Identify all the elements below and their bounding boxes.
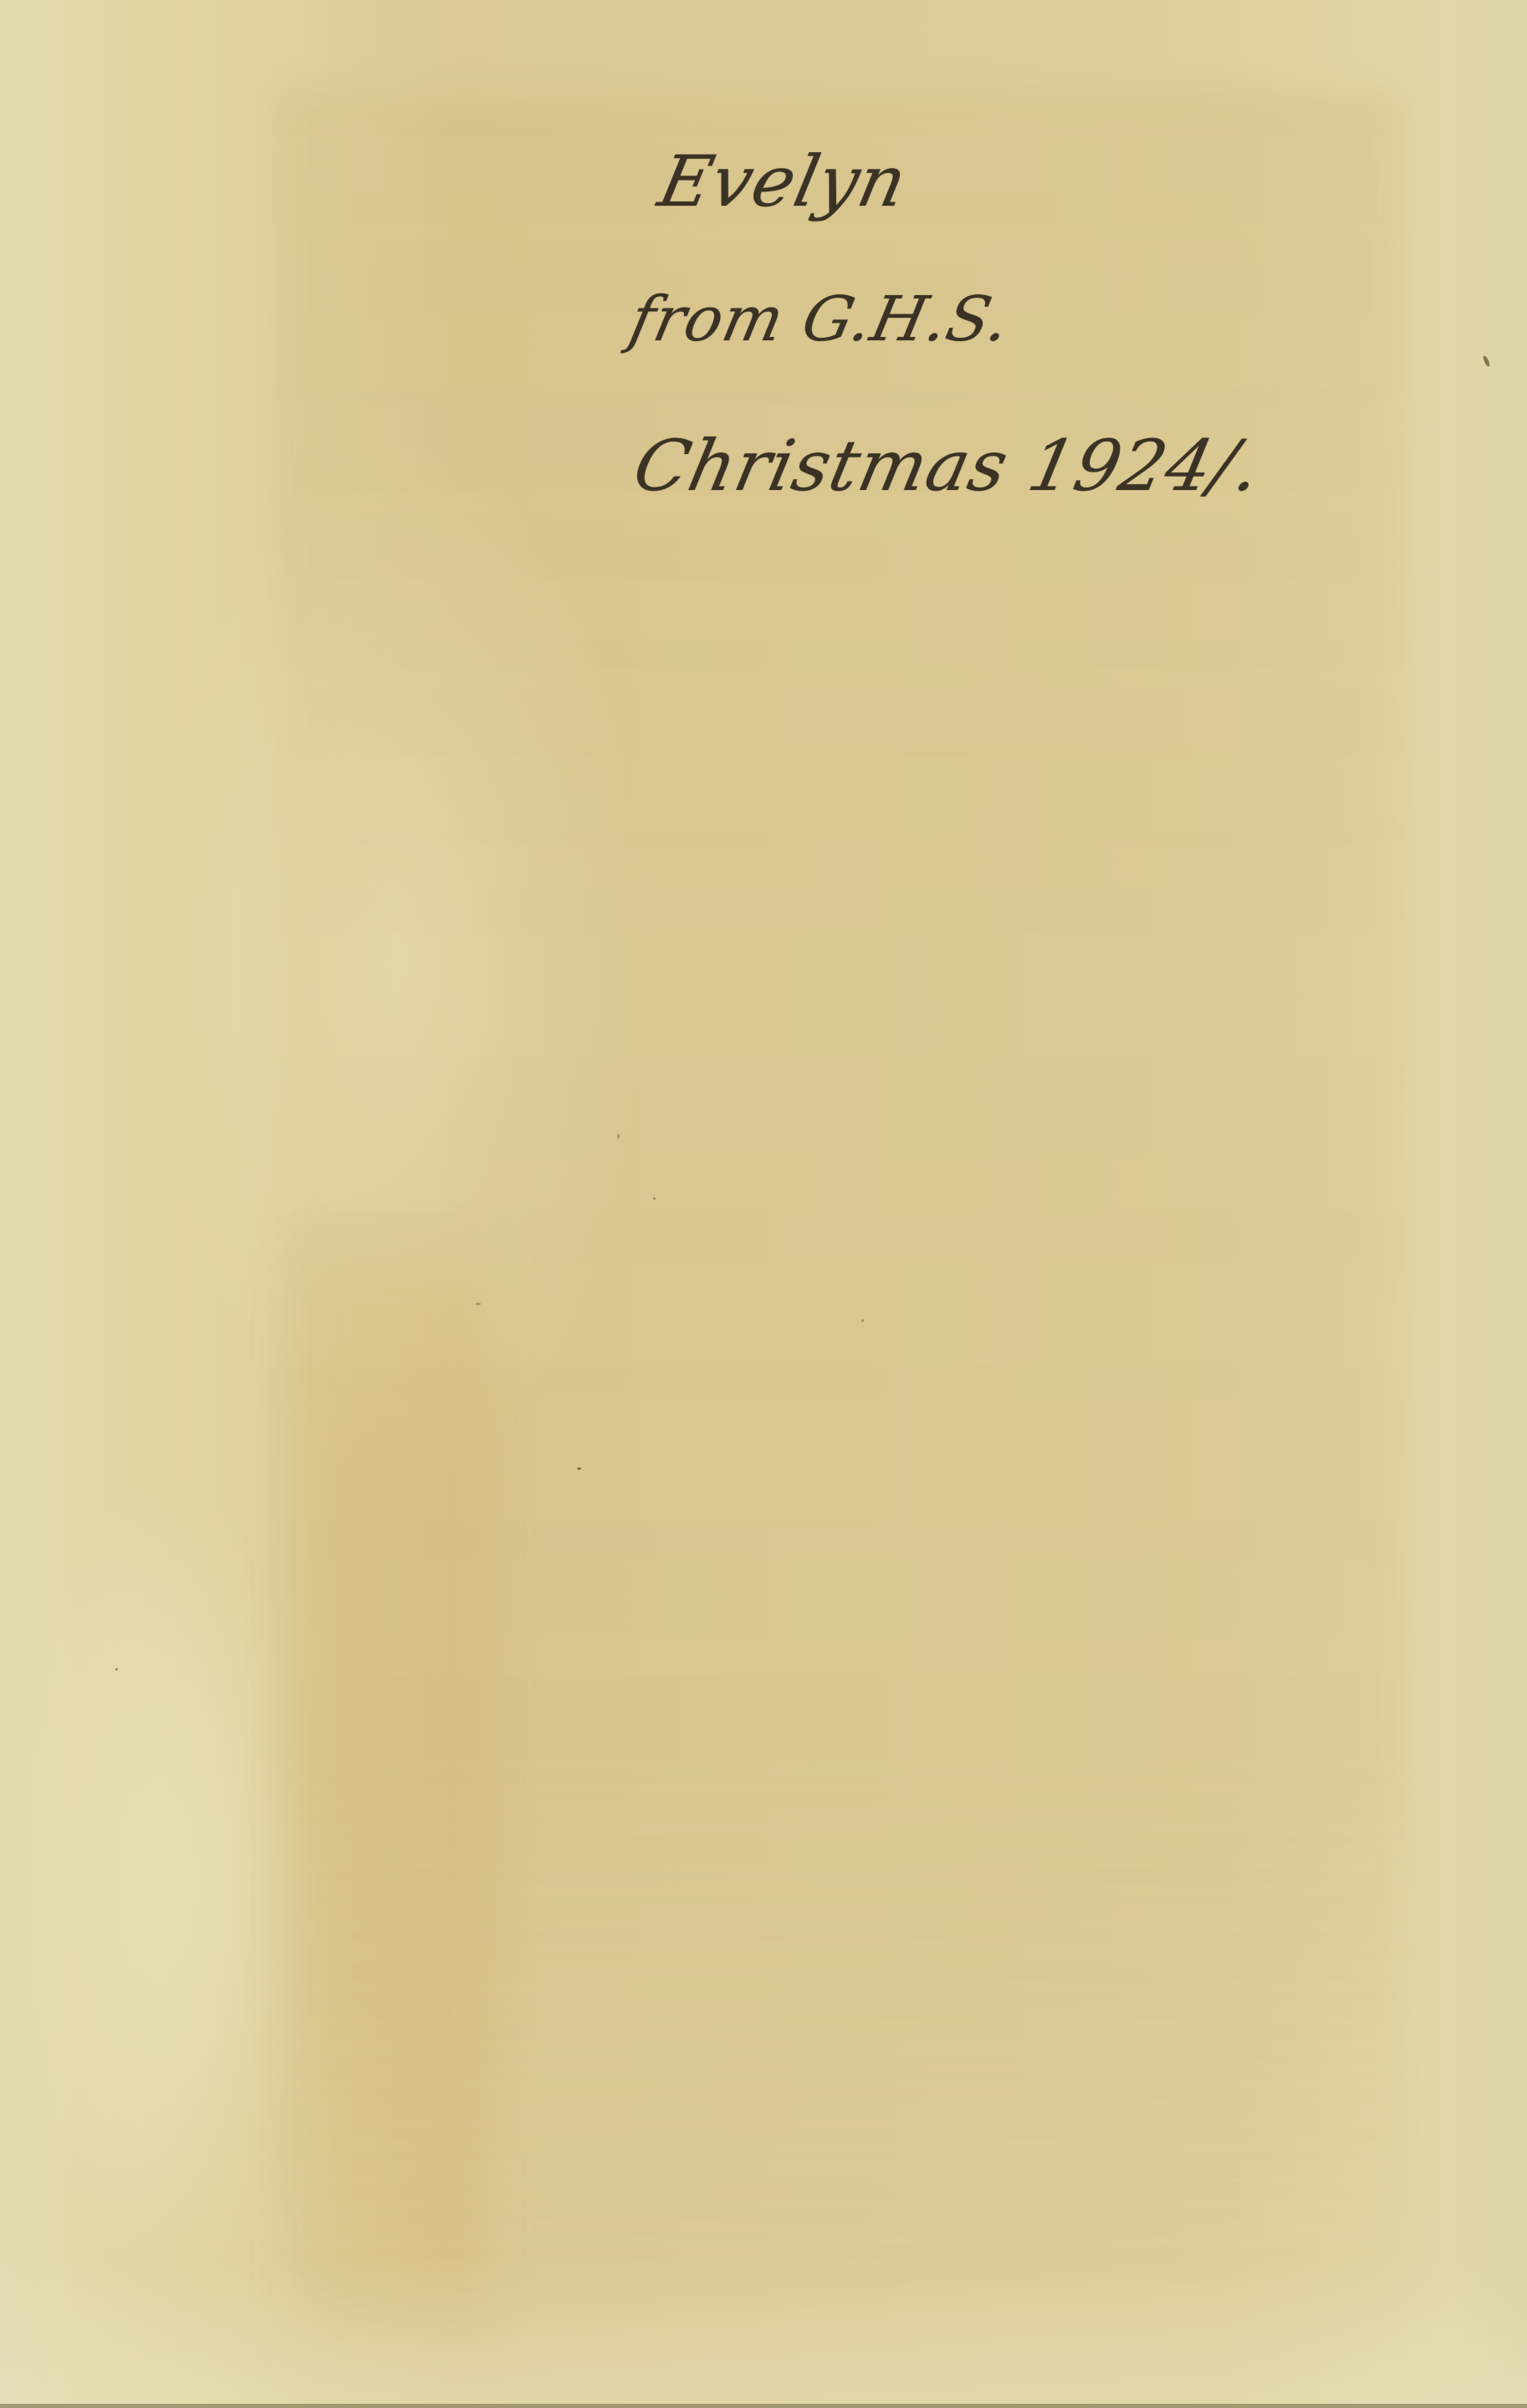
foxing-speck bbox=[115, 1668, 118, 1671]
foxing-speck bbox=[617, 1134, 620, 1139]
paper-light-bottom bbox=[0, 2257, 1527, 2408]
foxing-speck bbox=[476, 1303, 481, 1305]
endpaper-page: Evelyn from G.H.S. Christmas 1924/. bbox=[0, 0, 1527, 2408]
paper-light-edge bbox=[0, 0, 75, 2408]
foxing-speck bbox=[653, 1197, 656, 1200]
page-bottom-edge bbox=[0, 2404, 1527, 2408]
foxing-speck bbox=[577, 1467, 581, 1470]
foxing-speck bbox=[1482, 355, 1490, 368]
paper-stain-band bbox=[301, 1254, 485, 2341]
foxing-speck bbox=[861, 1319, 864, 1322]
inscription-giver: from G.H.S. bbox=[625, 288, 1015, 350]
inscription-date: Christmas 1924/. bbox=[628, 431, 1267, 501]
inscription-recipient: Evelyn bbox=[653, 146, 913, 217]
